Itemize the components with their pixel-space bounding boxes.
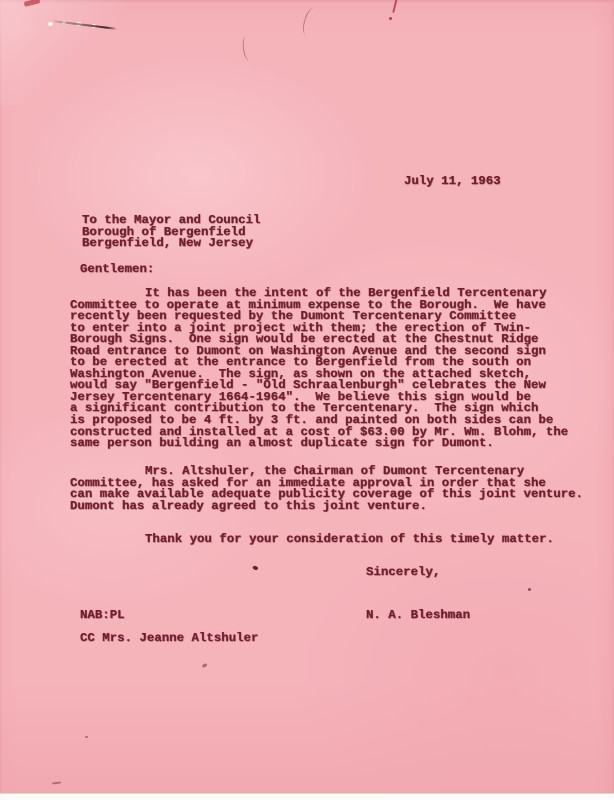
recipient-address: To the Mayor and Council Borough of Berg… <box>82 215 260 250</box>
closing: Sincerely, <box>366 567 440 579</box>
body-paragraph-1: It has been the intent of the Bergenfiel… <box>70 288 568 450</box>
scanned-letter: July 11, 1963 To the Mayor and Council B… <box>0 0 614 800</box>
body-paragraph-3: Thank you for your consideration of this… <box>70 534 554 546</box>
ink-speck <box>85 736 88 738</box>
salutation: Gentlemen: <box>80 264 154 276</box>
body-paragraph-2: Mrs. Altshuler, the Chairman of Dumont T… <box>70 466 583 512</box>
cc-line: CC Mrs. Jeanne Altshuler <box>80 633 258 645</box>
ink-speck <box>528 588 531 591</box>
staple-speck <box>48 22 53 26</box>
staple-mark <box>46 16 124 38</box>
scan-edge-white-strip <box>0 793 614 800</box>
red-dot-top-right <box>389 17 392 20</box>
date-line: July 11, 1963 <box>404 176 501 188</box>
staple-scratch-line <box>54 20 116 30</box>
signature-name: N. A. Bleshman <box>366 610 470 622</box>
typist-initials: NAB:PL <box>80 610 125 622</box>
